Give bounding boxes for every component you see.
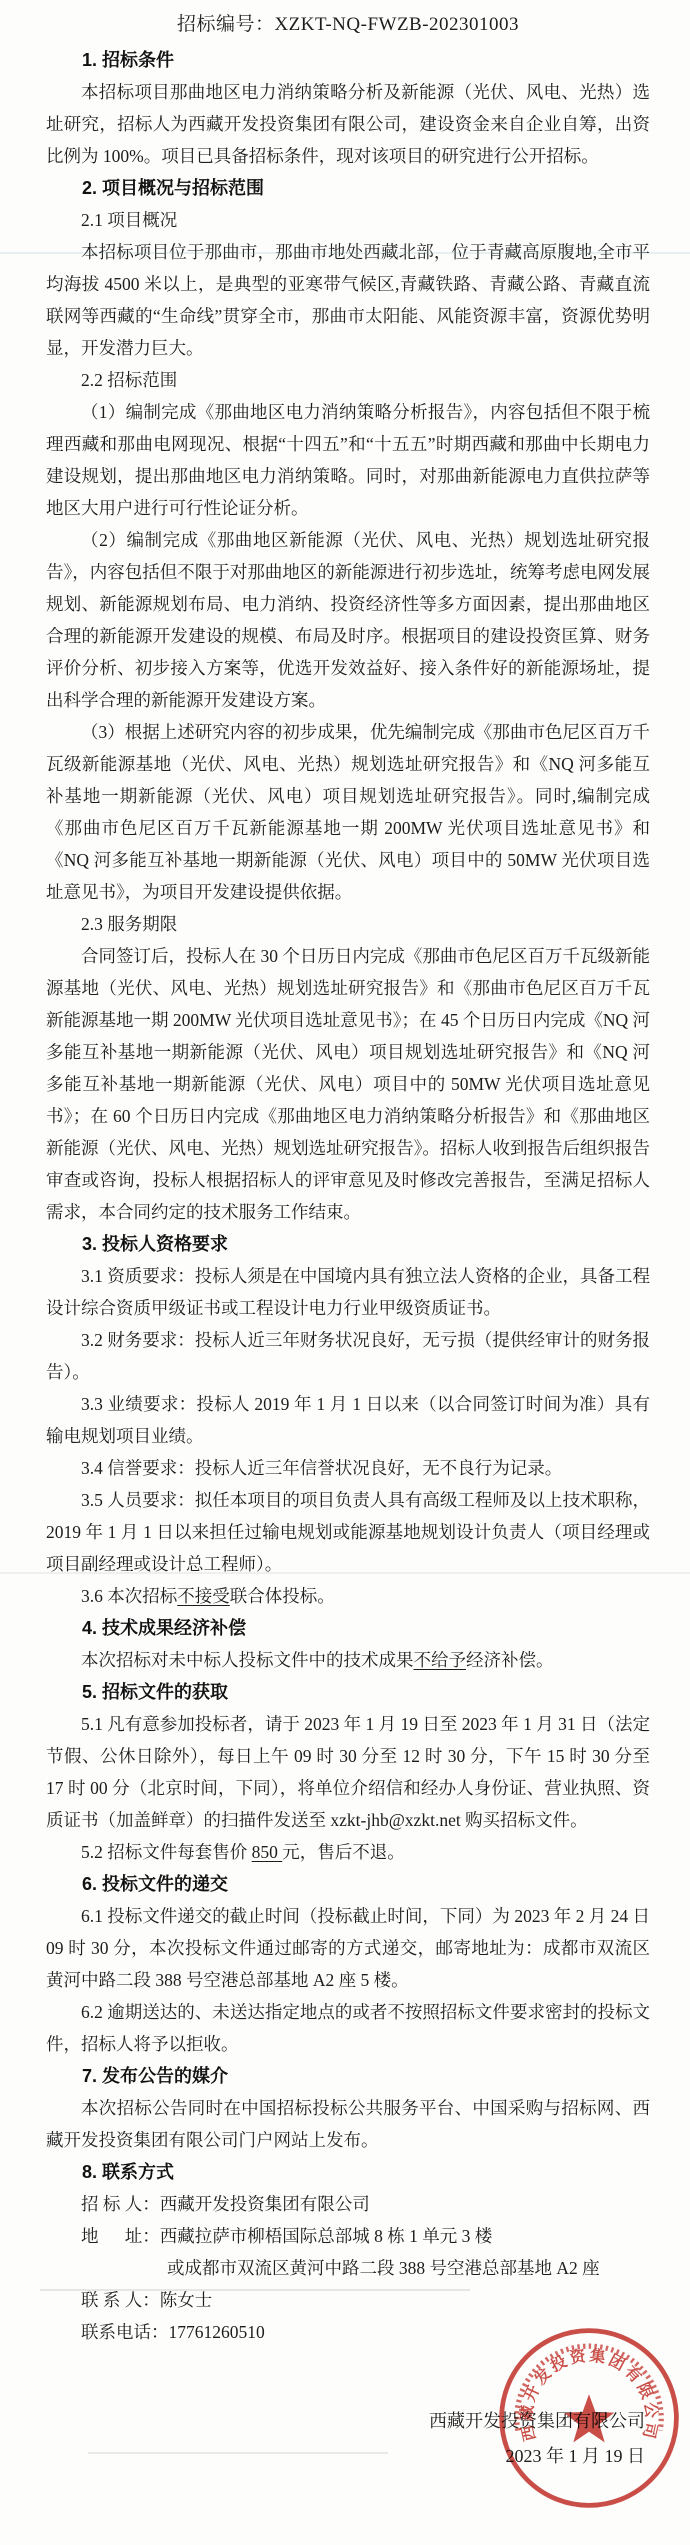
tender-number: 招标编号：XZKT-NQ-FWZB-202301003 [46,6,650,44]
clause-3-2: 3.2 财务要求：投标人近三年财务状况良好，无亏损（提供经审计的财务报告）。 [46,1324,650,1388]
section-4-underlined-text: 不给予 [414,1650,467,1670]
tenderer-name: 西藏开发投资集团有限公司 [160,2194,370,2214]
section-8-heading: 8. 联系方式 [46,2156,650,2188]
section-1-paragraph: 本招标项目那曲地区电力消纳策略分析及新能源（光伏、风电、光热）选址研究，招标人为… [46,76,650,172]
clause-6-2: 6.2 逾期送达的、未送达指定地点的或者不按照招标文件要求密封的投标文件，招标人… [46,1996,650,2060]
section-2-2-paragraph-3: （3）根据上述研究内容的初步成果，优先编制完成《那曲市色尼区百万千瓦级新能源基地… [46,716,650,908]
phone-label: 联系电话： [81,2322,169,2342]
contact-person-label: 联 系 人： [81,2290,160,2310]
section-6-heading: 6. 投标文件的递交 [46,1868,650,1900]
section-1-heading: 1. 招标条件 [46,44,650,76]
seal-star-icon [564,2394,615,2442]
address-label: 地 址： [81,2226,160,2246]
address-line-2: 或成都市双流区黄河中路二段 388 号空港总部基地 A2 座 [167,2252,650,2284]
section-3-heading: 3. 投标人资格要求 [46,1228,650,1260]
tenderer-label: 招 标 人： [81,2194,160,2214]
section-7-heading: 7. 发布公告的媒介 [46,2060,650,2092]
section-4-text: 本次招标对未中标人投标文件中的技术成果 [81,1650,414,1670]
document-page: 招标编号：XZKT-NQ-FWZB-202301003 1. 招标条件 本招标项… [0,0,690,2545]
clause-5-2-price: 850 [252,1842,283,1862]
section-2-1-heading: 2.1 项目概况 [46,204,650,236]
tenderer-row: 招 标 人：西藏开发投资集团有限公司 [46,2188,650,2220]
section-2-2-paragraph-2: （2）编制完成《那曲地区新能源（光伏、风电、光热）规划选址研究报告》，内容包括但… [46,524,650,716]
clause-5-2-text: 5.2 招标文件每套售价 [81,1842,252,1862]
section-7-paragraph: 本次招标公告同时在中国招标投标公共服务平台、中国采购与招标网、西藏开发投资集团有… [46,2092,650,2156]
official-seal: 西藏开发投资集团有限公司 [494,2323,684,2513]
section-2-3-paragraph: 合同签订后，投标人在 30 个日历日内完成《那曲市色尼区百万千瓦级新能源基地（光… [46,940,650,1228]
section-5-heading: 5. 招标文件的获取 [46,1676,650,1708]
clause-3-6-text: 3.6 本次招标 [81,1586,177,1606]
clause-5-1: 5.1 凡有意参加投标者，请于 2023 年 1 月 19 日至 2023 年 … [46,1708,650,1836]
scan-artifact-line [88,2452,388,2454]
contact-person-name: 陈女士 [160,2290,213,2310]
contact-person-row: 联 系 人：陈女士 [46,2284,650,2316]
clause-3-6-text-end: 联合体投标。 [230,1586,335,1606]
section-4-paragraph: 本次招标对未中标人投标文件中的技术成果不给予经济补偿。 [46,1644,650,1676]
clause-3-4: 3.4 信誉要求：投标人近三年信誉状况良好，无不良行为记录。 [46,1452,650,1484]
document-body: 招标编号：XZKT-NQ-FWZB-202301003 1. 招标条件 本招标项… [0,0,690,2348]
clause-3-5: 3.5 人员要求：拟任本项目的项目负责人具有高级工程师及以上技术职称，2019 … [46,1484,650,1580]
clause-3-1: 3.1 资质要求：投标人须是在中国境内具有独立法人资格的企业，具备工程设计综合资… [46,1260,650,1324]
section-2-heading: 2. 项目概况与招标范围 [46,172,650,204]
section-2-3-heading: 2.3 服务期限 [46,908,650,940]
clause-3-6-underlined-text: 不接受 [177,1586,230,1606]
clause-5-2-text-end: 元，售后不退。 [282,1842,405,1862]
clause-3-3: 3.3 业绩要求：投标人 2019 年 1 月 1 日以来（以合同签订时间为准）… [46,1388,650,1452]
clause-5-2: 5.2 招标文件每套售价 850 元，售后不退。 [46,1836,650,1868]
section-2-2-heading: 2.2 招标范围 [46,364,650,396]
phone-number: 17761260510 [169,2322,265,2342]
clause-3-6: 3.6 本次招标不接受联合体投标。 [46,1580,650,1612]
clause-6-1: 6.1 投标文件递交的截止时间（投标截止时间，下同）为 2023 年 2 月 2… [46,1900,650,1996]
address-line-1: 西藏拉萨市柳梧国际总部城 8 栋 1 单元 3 楼 [160,2226,493,2246]
address-row: 地 址：西藏拉萨市柳梧国际总部城 8 栋 1 单元 3 楼 [46,2220,650,2252]
section-2-2-paragraph-1: （1）编制完成《那曲地区电力消纳策略分析报告》，内容包括但不限于梳理西藏和那曲电… [46,396,650,524]
section-4-text-end: 经济补偿。 [466,1650,554,1670]
section-2-1-paragraph: 本招标项目位于那曲市，那曲市地处西藏北部，位于青藏高原腹地,全市平均海拔 450… [46,236,650,364]
section-4-heading: 4. 技术成果经济补偿 [46,1612,650,1644]
